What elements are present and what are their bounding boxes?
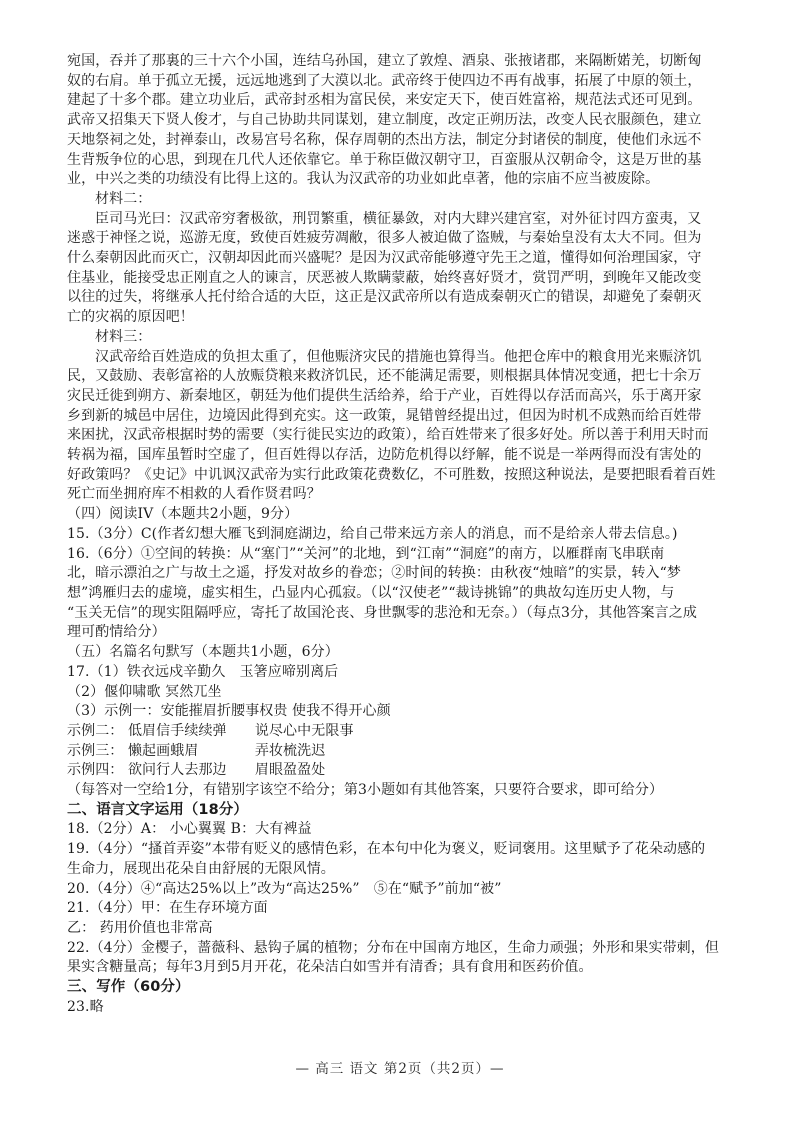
text-line: 建起了十多个郡。建立功业后，武帝封丞相为富民侯，来安定天下，使百姓富裕，规范法式… [67, 91, 739, 111]
language-answers: 18.（2分）A： 小心翼翼 B：大有裨益 19.（4分）“搔首弄姿”本带有贬义… [67, 820, 739, 978]
answer-line: 生命力，展现出花朵自由舒展的无限风情。 [67, 860, 739, 880]
page-footer: — 高三 语文 第2页（共2页）— [0, 1057, 800, 1077]
text-line: 住基业，能接受忠正刚直之人的谏言，厌恶被人欺瞒蒙蔽，始终喜好贤才，赏罚严明，到晚… [67, 269, 739, 289]
answer-23: 23.略 [67, 998, 739, 1018]
text-line: 什么秦朝因此而灭亡，汉朝却因此而兴盛呢？是因为汉武帝能够遵守先王之道，懂得如何治… [67, 249, 739, 269]
answer-line: 示例二： 低眉信手续续弹 说尽心中无限事 [67, 722, 739, 742]
text-line: 转祸为福，国库虽暂时空虚了，但百姓得以存活，边防危机得以纾解，能不说是一举两得而… [67, 446, 739, 466]
answer-20: 20.（4分）④“高达25%以上”改为“高达25%” ⑤在“赋予”前加“被” [67, 880, 739, 900]
section-5-header: （五）名篇名句默写（本题共1小题，6分） [67, 643, 739, 663]
exam-answer-page: 宛国，吞并了那裏的三十六个小国，连结乌孙国，建立了敦煌、酒泉、张掖诸郡，来隔断婼… [0, 0, 800, 1131]
answer-21: 21.（4分）甲：在生存环境方面 [67, 899, 739, 919]
text-line: 生背叛争位的心思，到现在几代人还依靠它。单于称臣做汉朝守卫，百蛮服从汉朝命令，这… [67, 151, 739, 171]
text-line: 天地祭祠之处，封禅泰山，改易宫号名称，保存周朝的杰出方法，制定分封诸侯的制度，使… [67, 131, 739, 151]
text-line: 汉武帝给百姓造成的负担太重了，但他赈济灾民的措施也算得当。他把仓库中的粮食用光来… [67, 348, 739, 368]
text-line: 奴的右肩。单于孤立无援，远远地逃到了大漠以北。武帝终于使四边不再有战事，拓展了中… [67, 72, 739, 92]
answer-18: 18.（2分）A： 小心翼翼 B：大有裨益 [67, 820, 739, 840]
answer-line: 乙： 药用价值也非常高 [67, 919, 739, 939]
material-2-label: 材料二： [67, 190, 739, 210]
material-2-paragraph: 臣司马光曰：汉武帝穷奢极欲，刑罚繁重，横征暴敛，对内大肆兴建宫室，对外征讨四方蛮… [67, 210, 739, 328]
answer-line: （3）示例一：安能摧眉折腰事权贵 使我不得开心颜 [67, 702, 739, 722]
text-line: 业，中兴之类的功绩没有比得上这的。我认为汉武帝的功业如此卓著，他的宗庙不应当被废… [67, 170, 739, 190]
text-line: 来困扰，汉武帝根据时势的需要（实行徙民实边的政策），给百姓带来了很多好处。所以善… [67, 426, 739, 446]
section-writing-header: 三、写作（60分） [67, 978, 739, 998]
answer-16: 16.（6分）①空间的转换：从“塞门”“关河”的北地，到“江南”“洞庭”的南方，… [67, 545, 739, 644]
material-3-label: 材料三： [67, 328, 739, 348]
text-line: 灾民迁徙到朔方、新秦地区，朝廷为他们提供生活给养，给于产业，百姓得以存活而高兴，… [67, 387, 739, 407]
answer-line: 17.（1）铁衣远戍辛勤久 玉箸应啼别离后 [67, 663, 739, 683]
answer-19: 19.（4分）“搔首弄姿”本带有贬义的感情色彩，在本句中化为褒义，贬词褒用。这里… [67, 840, 739, 860]
text-line: 好政策吗？《史记》中讥讽汉武帝为实行此政策花费数亿，不可胜数，按照这种说法，是要… [67, 466, 739, 486]
scoring-note: （每答对一空给1分，有错别字该空不给分；第3小题如有其他答案，只要符合要求，即可… [67, 781, 739, 801]
answer-line: “玉关无信”的现实阻隔呼应，寄托了故国沦丧、身世飘零的悲沧和无奈。）（每点3分，… [67, 604, 739, 624]
translation-paragraph-1: 宛国，吞并了那裏的三十六个小国，连结乌孙国，建立了敦煌、酒泉、张掖诸郡，来隔断婼… [67, 52, 739, 190]
answer-line: 北，暗示漂泊之广与故土之遥，抒发对故乡的眷恋；②时间的转换：由秋夜“烛暗”的实景… [67, 564, 739, 584]
answer-17: 17.（1）铁衣远戍辛勤久 玉箸应啼别离后 （2）偃仰啸歌 冥然兀坐 （3）示例… [67, 663, 739, 801]
text-line: 民，又鼓励、表彰富裕的人放赈贷粮来救济饥民，还不能满足需要，则根据具体情况变通，… [67, 367, 739, 387]
answer-line: （2）偃仰啸歌 冥然兀坐 [67, 683, 739, 703]
text-line: 亡的灾祸的原因吧！ [67, 308, 739, 328]
section-language-header: 二、语言文字运用（18分） [67, 801, 739, 821]
text-line: 臣司马光曰：汉武帝穷奢极欲，刑罚繁重，横征暴敛，对内大肆兴建宫室，对外征讨四方蛮… [67, 210, 739, 230]
section-4-header: （四）阅读IV（本题共2小题，9分） [67, 505, 739, 525]
answer-22: 22.（4分）金樱子，蔷薇科、悬钩子属的植物；分布在中国南方地区，生命力顽强；外… [67, 939, 739, 959]
page-content: 宛国，吞并了那裏的三十六个小国，连结乌孙国，建立了敦煌、酒泉、张掖诸郡，来隔断婼… [67, 52, 739, 1017]
answer-line: 16.（6分）①空间的转换：从“塞门”“关河”的北地，到“江南”“洞庭”的南方，… [67, 545, 739, 565]
answer-15: 15.（3分）C(作者幻想大雁飞到洞庭湖边，给自己带来远方亲人的消息，而不是给亲… [67, 525, 739, 545]
answer-line: 示例三： 懒起画蛾眉 弄妆梳洗迟 [67, 742, 739, 762]
answer-line: 想”鸿雁归去的虚境，虚实相生，凸显内心孤寂。（以“汉使老”“裁诗挑锦”的典故勾连… [67, 584, 739, 604]
material-3-paragraph: 汉武帝给百姓造成的负担太重了，但他赈济灾民的措施也算得当。他把仓库中的粮食用光来… [67, 348, 739, 506]
answer-line: 示例四： 欲问行人去那边 眉眼盈盈处 [67, 761, 739, 781]
text-line: 乡到新的城邑中居住，边境因此得到充实。这一政策，晁错曾经提出过，但因为时机不成熟… [67, 407, 739, 427]
answer-line: 理可酌情给分） [67, 623, 739, 643]
text-line: 宛国，吞并了那裏的三十六个小国，连结乌孙国，建立了敦煌、酒泉、张掖诸郡，来隔断婼… [67, 52, 739, 72]
text-line: 死亡而坐拥府库不相救的人看作贤君吗？ [67, 485, 739, 505]
answer-line: 果实含糖量高；每年3月到5月开花，花朵洁白如雪并有清香；具有食用和医药价值。 [67, 958, 739, 978]
text-line: 武帝又招集天下贤人俊才，与自己协助共同谋划，建立制度，改定正朔历法，改变人民衣服… [67, 111, 739, 131]
text-line: 迷惑于神怪之说，巡游无度，致使百姓疲劳凋敝，很多人被迫做了盗贼，与秦始皇没有太大… [67, 229, 739, 249]
text-line: 以往的过失，将继承人托付给合适的大臣，这正是汉武帝所以有造成秦朝灭亡的错误，却避… [67, 288, 739, 308]
